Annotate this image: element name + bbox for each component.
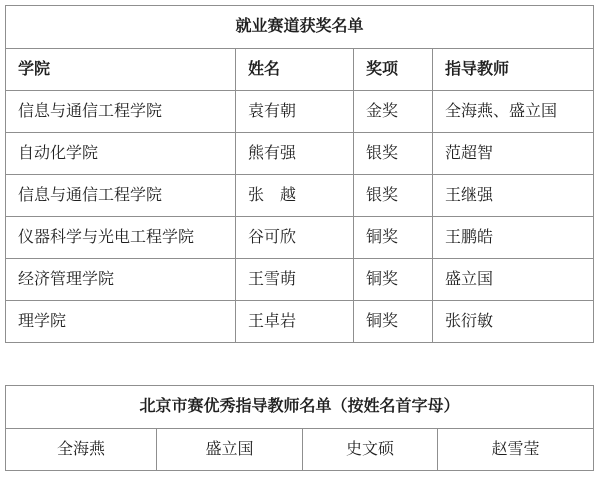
table-row: 信息与通信工程学院 袁有朝 金奖 全海燕、盛立国 [6,91,594,133]
cell-advisor: 王鹏皓 [433,217,594,259]
cell-college: 信息与通信工程学院 [6,175,236,217]
table-row: 自动化学院 熊有强 银奖 范超智 [6,133,594,175]
cell-award: 铜奖 [354,259,433,301]
column-header-name: 姓名 [236,49,354,91]
advisor-name-cell: 赵雪莹 [438,429,594,471]
column-header-award: 奖项 [354,49,433,91]
cell-advisor: 盛立国 [433,259,594,301]
table-row: 经济管理学院 王雪萌 铜奖 盛立国 [6,259,594,301]
awards-table-title-row: 就业赛道获奖名单 [6,6,594,49]
cell-award: 铜奖 [354,301,433,343]
advisors-table-title: 北京市赛优秀指导教师名单（按姓名首字母） [6,386,594,429]
cell-college: 仪器科学与光电工程学院 [6,217,236,259]
table-row: 仪器科学与光电工程学院 谷可欣 铜奖 王鹏皓 [6,217,594,259]
table-row: 信息与通信工程学院 张 越 银奖 王继强 [6,175,594,217]
cell-college: 经济管理学院 [6,259,236,301]
column-header-college: 学院 [6,49,236,91]
advisors-table-title-row: 北京市赛优秀指导教师名单（按姓名首字母） [6,386,594,429]
cell-award: 铜奖 [354,217,433,259]
awards-table-title: 就业赛道获奖名单 [6,6,594,49]
cell-college: 理学院 [6,301,236,343]
cell-award: 金奖 [354,91,433,133]
advisor-name-cell: 全海燕 [6,429,157,471]
cell-name: 熊有强 [236,133,354,175]
column-header-advisor: 指导教师 [433,49,594,91]
awards-table: 就业赛道获奖名单 学院 姓名 奖项 指导教师 信息与通信工程学院 袁有朝 金奖 … [5,5,594,343]
cell-name: 王雪萌 [236,259,354,301]
cell-college: 自动化学院 [6,133,236,175]
table-row: 理学院 王卓岩 铜奖 张衍敏 [6,301,594,343]
cell-advisor: 王继强 [433,175,594,217]
cell-advisor: 范超智 [433,133,594,175]
cell-award: 银奖 [354,133,433,175]
advisors-table: 北京市赛优秀指导教师名单（按姓名首字母） 全海燕 盛立国 史文硕 赵雪莹 [5,385,594,471]
cell-award: 银奖 [354,175,433,217]
cell-advisor: 张衍敏 [433,301,594,343]
advisors-table-names-row: 全海燕 盛立国 史文硕 赵雪莹 [6,429,594,471]
cell-name: 张 越 [236,175,354,217]
document-page: 就业赛道获奖名单 学院 姓名 奖项 指导教师 信息与通信工程学院 袁有朝 金奖 … [0,0,600,471]
cell-advisor: 全海燕、盛立国 [433,91,594,133]
cell-name: 袁有朝 [236,91,354,133]
cell-college: 信息与通信工程学院 [6,91,236,133]
awards-table-header-row: 学院 姓名 奖项 指导教师 [6,49,594,91]
cell-name: 王卓岩 [236,301,354,343]
cell-name: 谷可欣 [236,217,354,259]
advisor-name-cell: 盛立国 [157,429,303,471]
advisor-name-cell: 史文硕 [303,429,438,471]
